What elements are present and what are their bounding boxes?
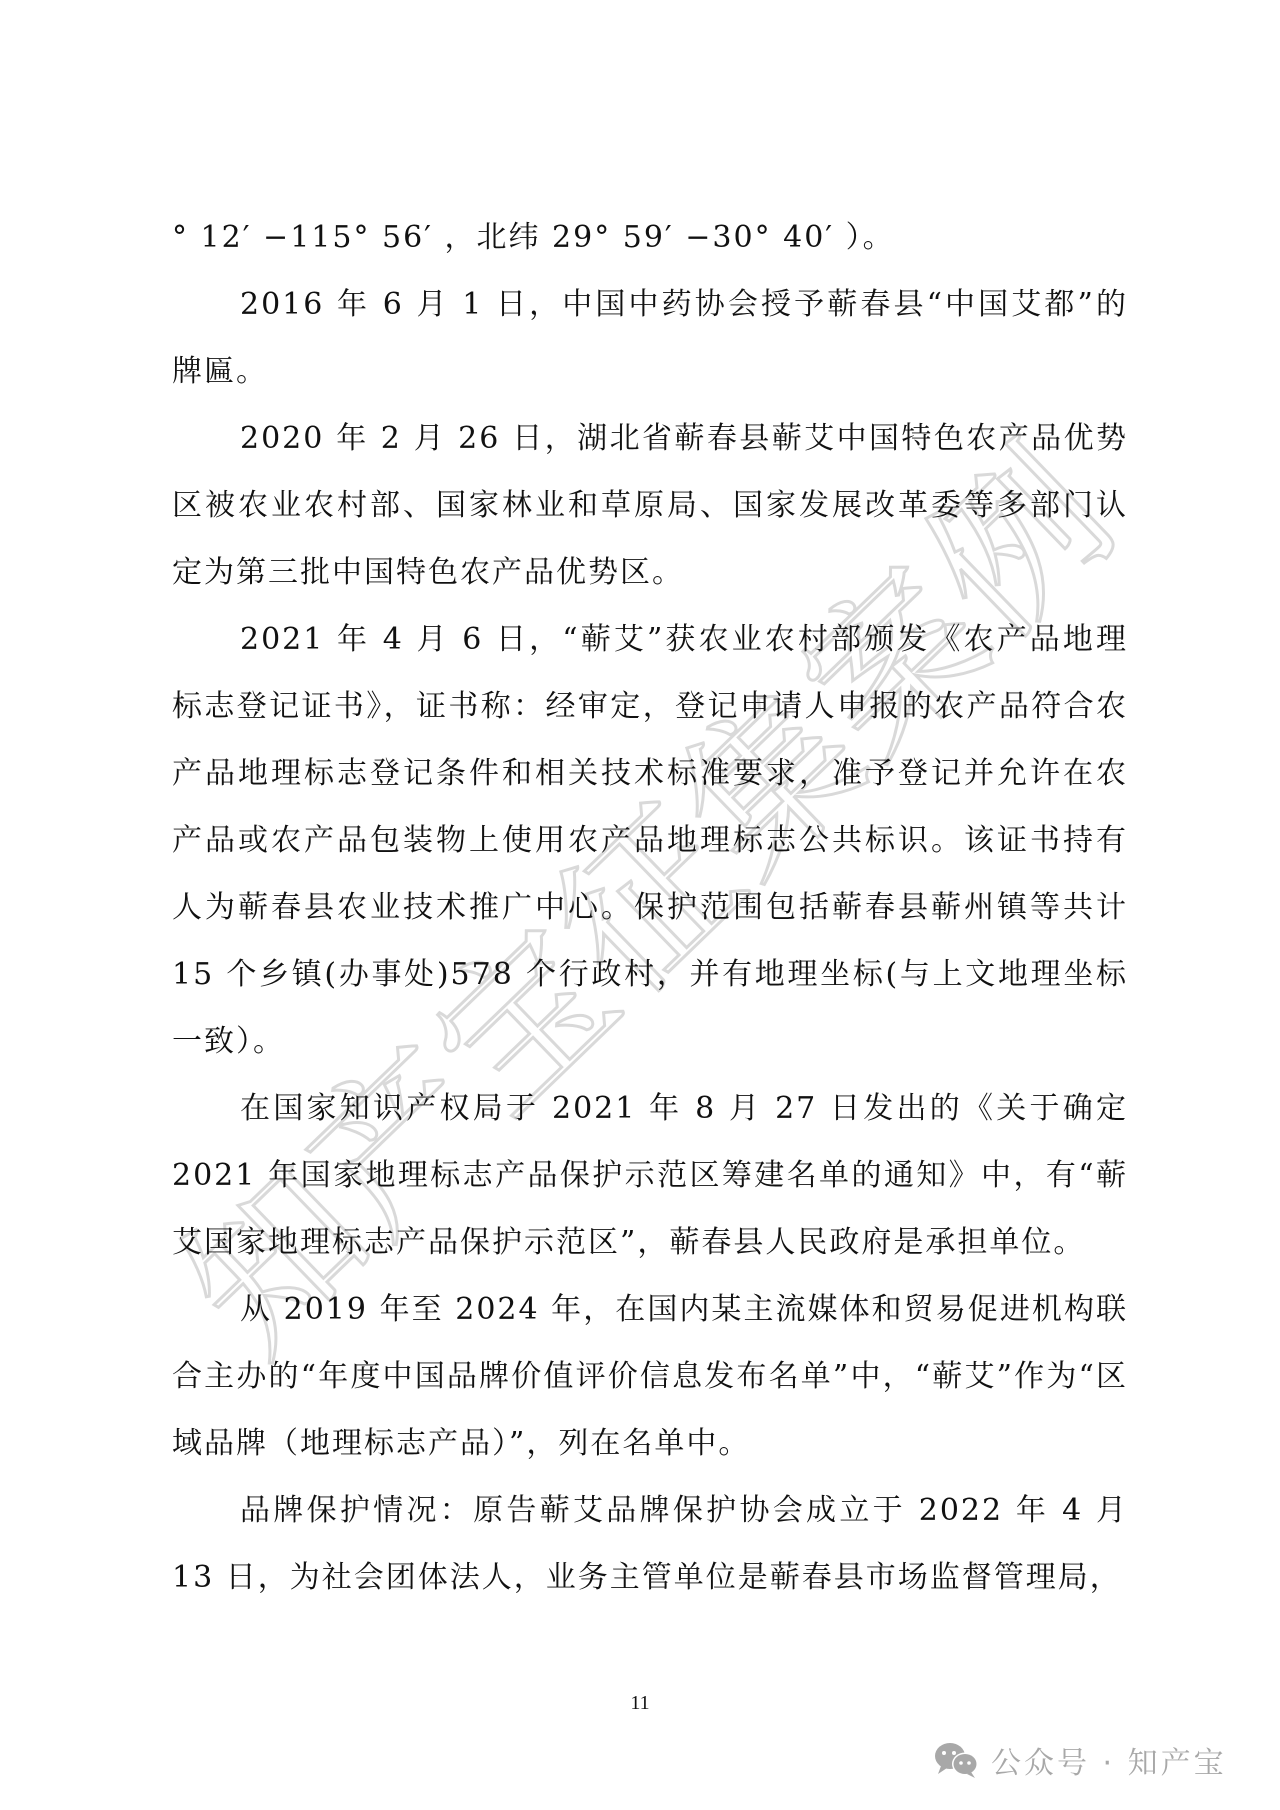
paragraph-2016-award: 2016 年 6 月 1 日，中国中药协会授予蕲春县“中国艾都”的牌匾。: [172, 271, 1128, 405]
paragraph-coordinates: ° 12′ −115° 56′ ，北纬 29° 59′ −30° 40′ ）。: [172, 204, 1128, 271]
paragraph-brand-protection: 品牌保护情况：原告蕲艾品牌保护协会成立于 2022 年 4 月 13 日，为社会…: [172, 1477, 1128, 1611]
paragraph-brand-list: 从 2019 年至 2024 年，在国内某主流媒体和贸易促进机构联合主办的“年度…: [172, 1276, 1128, 1477]
paragraph-2020-advantage-zone: 2020 年 2 月 26 日，湖北省蕲春县蕲艾中国特色农产品优势区被农业农村部…: [172, 405, 1128, 606]
document-body: ° 12′ −115° 56′ ，北纬 29° 59′ −30° 40′ ）。 …: [172, 204, 1128, 1611]
paragraph-2021-certificate: 2021 年 4 月 6 日，“蕲艾”获农业农村部颁发《农产品地理标志登记证书》…: [172, 606, 1128, 1075]
document-page: 知产宝征集案例 ° 12′ −115° 56′ ，北纬 29° 59′ −30°…: [0, 0, 1280, 1810]
footer-watermark-label: 公众号 · 知产宝: [991, 1738, 1227, 1782]
wechat-icon: [933, 1741, 981, 1779]
page-number: 11: [0, 1688, 1280, 1718]
footer-watermark: 公众号 · 知产宝: [933, 1740, 1227, 1780]
paragraph-2021-demo-zone: 在国家知识产权局于 2021 年 8 月 27 日发出的《关于确定 2021 年…: [172, 1075, 1128, 1276]
